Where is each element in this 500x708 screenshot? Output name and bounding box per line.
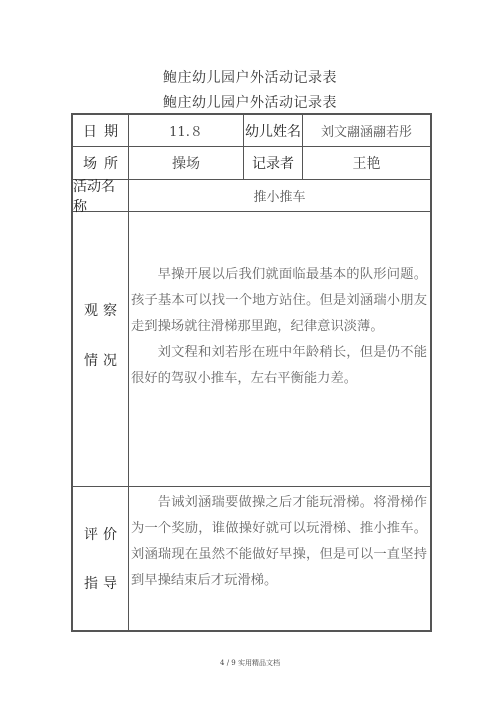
- evaluation-label-char: 导: [103, 573, 117, 593]
- document-title: 鲍庄幼儿园户外活动记录表: [0, 67, 500, 87]
- date-label-char: 期: [104, 121, 118, 141]
- place-value: 操场: [129, 147, 243, 179]
- date-value: 11.８: [129, 115, 243, 146]
- observation-paragraph: 刘文程和刘若彤在班中年龄稍长，但是仍不能很好的驾驭小推车，左右平衡能力差。: [131, 340, 427, 392]
- observation-label-char: 察: [103, 300, 117, 320]
- table-row-divider: [71, 486, 431, 487]
- child-name-label: 幼儿姓名: [244, 115, 302, 146]
- observation-label-bottom: 情 况: [72, 350, 129, 370]
- activity-name-label: 活动名称: [73, 180, 128, 211]
- evaluation-paragraph: 告诫刘涵瑞要做操之后才能玩滑梯。将滑梯作为一个奖励，谁做操好就可以玩滑梯、推小推…: [131, 490, 427, 594]
- place-label-char: 场: [83, 153, 97, 173]
- evaluation-label-bottom: 指 导: [72, 573, 129, 593]
- date-label: 日 期: [73, 115, 128, 146]
- observation-label-top: 观 察: [72, 300, 129, 320]
- place-label-char: 所: [104, 153, 118, 173]
- observation-label-char: 情: [84, 350, 98, 370]
- evaluation-label-char: 评: [84, 524, 98, 544]
- evaluation-label-top: 评 价: [72, 524, 129, 544]
- observation-label-char: 况: [103, 350, 117, 370]
- recorder-label: 记录者: [244, 147, 302, 179]
- observation-label-char: 观: [84, 300, 98, 320]
- evaluation-label-char: 指: [84, 573, 98, 593]
- document-subtitle: 鲍庄幼儿园户外活动记录表: [0, 92, 500, 112]
- table-border-right: [430, 113, 432, 632]
- observation-paragraph: 早操开展以后我们就面临最基本的队形问题。孩子基本可以找一个地方站住。但是刘涵瑞小…: [131, 262, 427, 340]
- page-footer: 4 / 9 实用精品文档: [0, 658, 500, 668]
- recorder-value: 王艳: [303, 147, 430, 179]
- child-name-value: 刘文翮涵翮若彤: [303, 115, 430, 146]
- date-label-char: 日: [83, 121, 97, 141]
- table-border-bottom: [71, 630, 431, 632]
- activity-name-value: 推小推车: [129, 180, 430, 211]
- place-label: 场 所: [73, 147, 128, 179]
- evaluation-label-char: 价: [103, 524, 117, 544]
